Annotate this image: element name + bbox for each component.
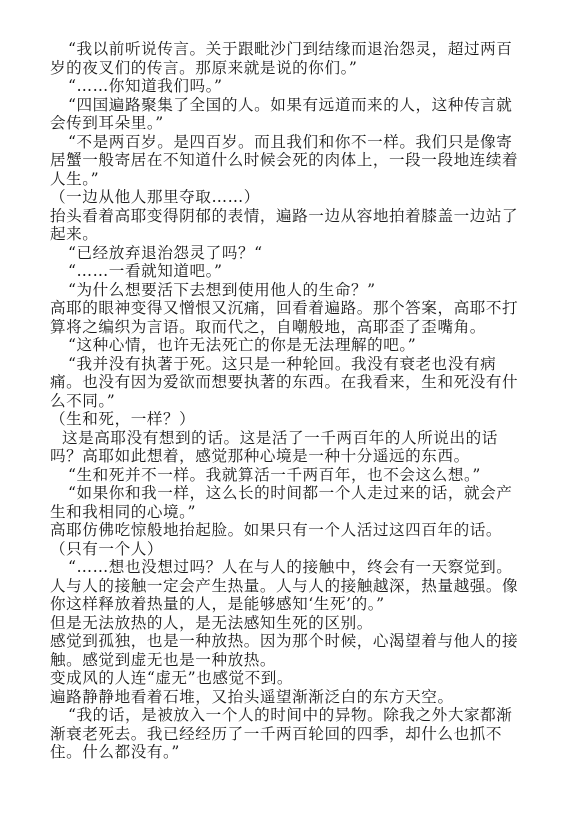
text-line: （只有一个人）: [50, 540, 530, 559]
text-line: 遍路静静地看着石堆，又抬头遥望渐渐泛白的东方天空。: [50, 688, 530, 707]
text-line: 吗？高耶如此想着，感觉那种心境是一种十分遥远的东西。: [50, 447, 530, 466]
text-line: “我并没有执著于死。这只是一种轮回。我没有衰老也没有病: [50, 355, 530, 374]
text-line: “不是两百岁。是四百岁。而且我们和你不一样。我们只是像寄: [50, 133, 530, 152]
body-text: “我以前听说传言。关于跟毗沙门到结缘而退治怨灵，超过两百岁的夜叉们的传言。那原来…: [50, 40, 530, 762]
text-line: 会传到耳朵里。”: [50, 114, 530, 133]
text-line: “已经放弃退治怨灵了吗？“: [50, 244, 530, 263]
text-line: 高耶仿佛吃惊般地抬起脸。如果只有一个人活过这四百年的话。: [50, 521, 530, 540]
text-line: 触。感觉到虚无也是一种放热。: [50, 651, 530, 670]
text-line: “……想也没想过吗？人在与人的接触中，终会有一天察觉到。: [50, 558, 530, 577]
text-line: “为什么想要活下去想到使用他人的生命？”: [50, 281, 530, 300]
text-line: 渐衰老死去。我已经经历了一千两百轮回的四季，却什么也抓不: [50, 725, 530, 744]
text-line: 算将之编织为言语。取而代之，自嘲般地，高耶歪了歪嘴角。: [50, 318, 530, 337]
text-line: 么不同。”: [50, 392, 530, 411]
text-line: 生和我相同的心境。”: [50, 503, 530, 522]
text-line: 痛。也没有因为爱欲而想要执著的东西。在我看来，生和死没有什: [50, 373, 530, 392]
text-line: 抬头看着高耶变得阴郁的表情，遍路一边从容地拍着膝盖一边站了: [50, 207, 530, 226]
text-line: “……你知道我们吗。”: [50, 77, 530, 96]
text-line: “我以前听说传言。关于跟毗沙门到结缘而退治怨灵，超过两百: [50, 40, 530, 59]
text-line: “四国遍路聚集了全国的人。如果有远道而来的人，这种传言就: [50, 96, 530, 115]
document-page: “我以前听说传言。关于跟毗沙门到结缘而退治怨灵，超过两百岁的夜叉们的传言。那原来…: [0, 0, 583, 828]
text-line: 这是高耶没有想到的话。这是活了一千两百年的人所说出的话: [50, 429, 530, 448]
text-line: 你这样释放着热量的人，是能够感知‘生死’的。”: [50, 595, 530, 614]
text-line: 住。什么都没有。”: [50, 743, 530, 762]
text-line: 居蟹一般寄居在不知道什么时候会死的肉体上，一段一段地连续着: [50, 151, 530, 170]
text-line: “如果你和我一样，这么长的时间都一个人走过来的话，就会产: [50, 484, 530, 503]
text-line: “生和死并不一样。我就算活一千两百年，也不会这么想。”: [50, 466, 530, 485]
text-line: 人与人的接触一定会产生热量。人与人的接触越深，热量越强。像: [50, 577, 530, 596]
text-line: 高耶的眼神变得又憎恨又沉痛，回看着遍路。那个答案，高耶不打: [50, 299, 530, 318]
text-line: 起来。: [50, 225, 530, 244]
text-line: （一边从他人那里夺取……）: [50, 188, 530, 207]
text-line: 人生。”: [50, 170, 530, 189]
text-line: 变成风的人连“虚无”也感觉不到。: [50, 669, 530, 688]
text-line: 但是无法放热的人，是无法感知生死的区别。: [50, 614, 530, 633]
text-line: “这种心情，也许无法死亡的你是无法理解的吧。”: [50, 336, 530, 355]
text-line: “……一看就知道吧。”: [50, 262, 530, 281]
text-line: 岁的夜叉们的传言。那原来就是说的你们。”: [50, 59, 530, 78]
text-line: 感觉到孤独，也是一种放热。因为那个时候，心渴望着与他人的接: [50, 632, 530, 651]
text-line: “我的话，是被放入一个人的时间中的异物。除我之外大家都渐: [50, 706, 530, 725]
text-line: （生和死，一样？）: [50, 410, 530, 429]
